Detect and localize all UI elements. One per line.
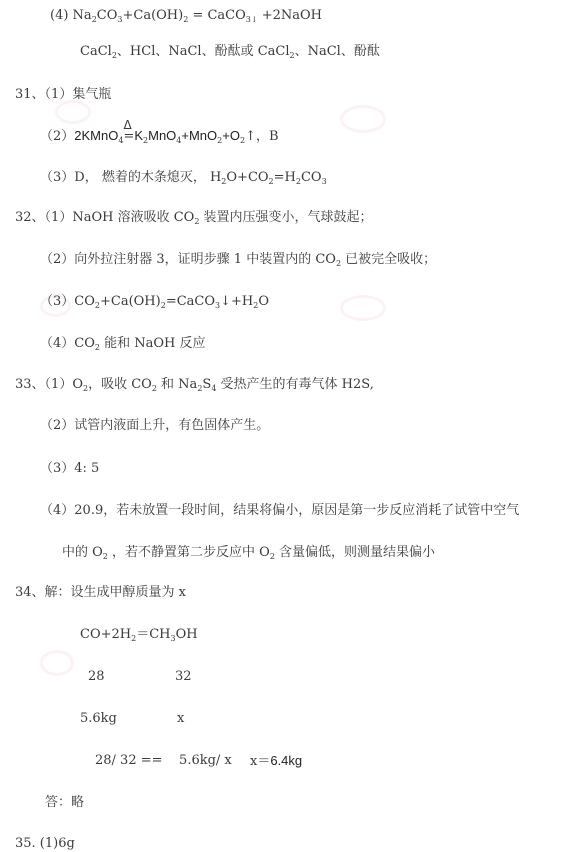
q34-unknown: x bbox=[177, 711, 184, 727]
t: （3）4: 5 bbox=[40, 461, 99, 476]
sub: 3 bbox=[322, 177, 327, 186]
t: = CaCO bbox=[188, 8, 245, 23]
t: ＝CH bbox=[136, 627, 170, 642]
question-number: 32、 bbox=[15, 210, 45, 225]
heat-condition: Δ= bbox=[123, 129, 134, 145]
t: +MnO bbox=[181, 128, 217, 143]
t: 受热产生的有毒气体 H2S, bbox=[216, 377, 373, 392]
q34-answer: 答：略 bbox=[45, 795, 84, 811]
t: =H bbox=[274, 170, 296, 185]
q34-intro: 34、解：设生成甲醇质量为 x bbox=[15, 585, 186, 601]
sub: 3↓ bbox=[246, 15, 258, 24]
t: x bbox=[177, 711, 184, 726]
question-number: 34、 bbox=[15, 585, 45, 600]
t: 和 Na bbox=[157, 377, 197, 392]
t: （4）20.9，若未放置一段时间，结果将偏小，原因是第一步反应消耗了试管中空气 bbox=[40, 503, 519, 518]
delta-icon: Δ bbox=[123, 117, 131, 133]
t: 装置内压强变小，气球鼓起； bbox=[199, 210, 372, 225]
q33-part2: （2）试管内液面上升，有色固体产生。 bbox=[40, 418, 269, 434]
t: 32 bbox=[175, 669, 192, 684]
q33-part4-line2: 中的 O2 ，若不静置第二步反应中 O2 含量偏低，则测量结果偏小 bbox=[62, 545, 435, 561]
t: ↑，B bbox=[245, 129, 278, 144]
t: （3）D， 燃着的木条熄灭， H bbox=[40, 170, 221, 185]
t: ，若不静置第二步反应中 O bbox=[108, 545, 270, 560]
t: （3）CO bbox=[40, 294, 95, 309]
t: ，吸收 CO bbox=[88, 377, 152, 392]
q32-part1: 32、（1）NaOH 溶液吸收 CO2 装置内压强变小，气球鼓起； bbox=[15, 210, 373, 226]
q31-part2: （2）2KMnO4Δ=K2MnO4+MnO2+O2↑，B bbox=[40, 128, 279, 145]
t: Na bbox=[73, 8, 92, 23]
t: K bbox=[134, 128, 143, 143]
t: 28 bbox=[88, 669, 105, 684]
q34-equation: CO+2H2＝CH3OH bbox=[80, 627, 198, 643]
result-value: 6.4kg bbox=[270, 753, 302, 768]
q31-part1: 31、（1）集气瓶 bbox=[15, 87, 111, 103]
t: （4）CO bbox=[40, 336, 95, 351]
t: ↓+H bbox=[220, 294, 253, 309]
t: 已被完全吸收； bbox=[341, 252, 436, 267]
t: O bbox=[258, 294, 269, 309]
question-number: 33、 bbox=[15, 377, 45, 392]
t: +Ca(OH) bbox=[100, 294, 161, 309]
q30-part4-answer: CaCl2、HCl、NaCl、酚酞或 CaCl2、NaCl、酚酞 bbox=[80, 44, 380, 60]
t: （2）试管内液面上升，有色固体产生。 bbox=[40, 418, 269, 433]
t: CO+2H bbox=[80, 627, 131, 642]
q32-part4: （4）CO2 能和 NaOH 反应 bbox=[40, 336, 206, 352]
watermark-mark bbox=[340, 105, 386, 133]
q34-ratio: 28/ 32 == 5.6kg/ x bbox=[95, 753, 232, 769]
t: OH bbox=[176, 627, 198, 642]
watermark-mark bbox=[55, 100, 91, 124]
t: S bbox=[202, 377, 211, 392]
t: 5.6kg bbox=[80, 711, 117, 726]
question-number: 31、 bbox=[15, 87, 45, 102]
q32-part2: （2）向外拉注射器 3，证明步骤 1 中装置内的 CO2 已被完全吸收； bbox=[40, 252, 436, 268]
q33-part1: 33、（1）O2，吸收 CO2 和 Na2S4 受热产生的有毒气体 H2S, bbox=[15, 377, 374, 393]
t: CO bbox=[301, 170, 322, 185]
t: （1）集气瓶 bbox=[45, 87, 112, 102]
t: O+CO bbox=[226, 170, 268, 185]
t: （2）向外拉注射器 3，证明步骤 1 中装置内的 CO bbox=[40, 252, 336, 267]
t: +Ca(OH) bbox=[122, 8, 183, 23]
t: +2NaOH bbox=[258, 8, 322, 23]
t: x＝ bbox=[250, 754, 270, 769]
t: 、HCl、NaCl、酚酞或 CaCl bbox=[117, 44, 290, 59]
q31-part3: （3）D， 燃着的木条熄灭， H2O+CO2=H2CO3 bbox=[40, 170, 327, 186]
t: 含量偏低，则测量结果偏小 bbox=[275, 545, 435, 560]
q35-part1: 35. (1)6g bbox=[15, 836, 75, 852]
t: 能和 NaOH 反应 bbox=[100, 336, 206, 351]
t: 2KMnO bbox=[74, 128, 118, 143]
t: 35. (1)6g bbox=[15, 836, 75, 851]
q33-part4-line1: （4）20.9，若未放置一段时间，结果将偏小，原因是第一步反应消耗了试管中空气 bbox=[40, 503, 519, 519]
t: MnO bbox=[148, 128, 176, 143]
label: （2） bbox=[40, 129, 74, 144]
t: =CaCO bbox=[166, 294, 215, 309]
watermark-mark bbox=[340, 295, 386, 321]
t: 、NaCl、酚酞 bbox=[295, 44, 380, 59]
t: （1）O bbox=[45, 377, 83, 392]
t: 答：略 bbox=[45, 795, 84, 810]
watermark-mark bbox=[40, 650, 74, 676]
q34-result: x＝6.4kg bbox=[250, 753, 302, 770]
t: （1）NaOH 溶液吸收 CO bbox=[45, 210, 195, 225]
t: CO bbox=[97, 8, 118, 23]
label: (4) bbox=[50, 8, 73, 23]
q34-mass-co: 28 bbox=[88, 669, 105, 685]
q33-part3: （3）4: 5 bbox=[40, 461, 99, 477]
q30-part4-equation: (4) Na2CO3+Ca(OH)2 = CaCO3↓ +2NaOH bbox=[50, 8, 322, 24]
t: +O bbox=[222, 128, 240, 143]
t: 中的 O bbox=[62, 545, 103, 560]
t: 28/ 32 == 5.6kg/ x bbox=[95, 753, 232, 768]
t: 解：设生成甲醇质量为 x bbox=[45, 585, 186, 600]
t: CaCl bbox=[80, 44, 112, 59]
q34-given: 5.6kg bbox=[80, 711, 117, 727]
q34-mass-ch3oh: 32 bbox=[175, 669, 192, 685]
q32-part3: （3）CO2+Ca(OH)2=CaCO3↓+H2O bbox=[40, 294, 269, 310]
